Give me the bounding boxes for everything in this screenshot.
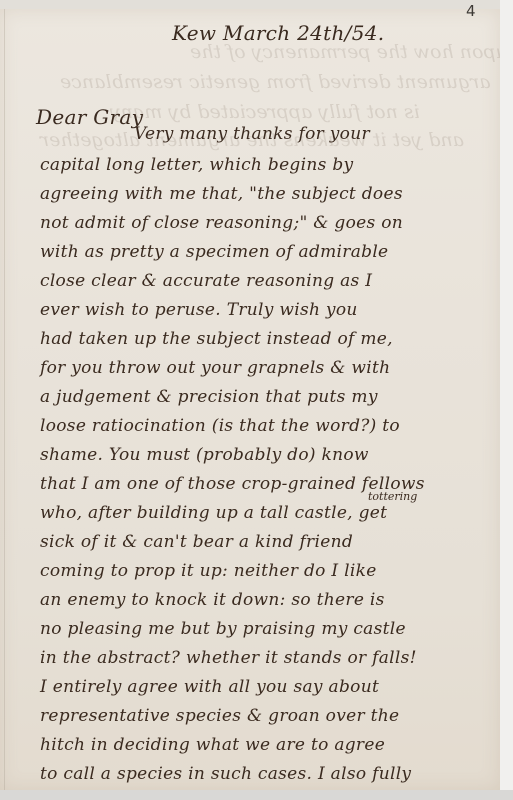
letter-dateline: Kew March 24th/54.	[172, 21, 384, 45]
letter-line-6: close clear & accurate reasoning as I	[40, 271, 372, 291]
letter-line-9: for you throw out your grapnels & with	[40, 358, 390, 378]
bleed-through-line: argument derived from genetic resemblanc…	[60, 71, 491, 93]
scan-margin-right	[500, 0, 513, 800]
letter-line-16: coming to prop it up: neither do I like	[40, 561, 377, 581]
manuscript-scan: upon how the permanency of the argument …	[0, 0, 513, 800]
letter-line-11: loose ratiocination (is that the word?) …	[40, 416, 400, 436]
letter-line-17: an enemy to knock it down: so there is	[40, 590, 385, 610]
letter-line-21: representative species & groan over the	[40, 706, 399, 726]
letter-line-8: had taken up the subject instead of me,	[40, 329, 393, 349]
folio-number: 4	[466, 2, 476, 20]
letter-line-22: hitch in deciding what we are to agree	[40, 735, 385, 755]
scan-margin-bottom	[0, 790, 513, 800]
letter-line-15: sick of it & can't bear a kind friend	[40, 532, 353, 552]
letter-line-12: shame. You must (probably do) know	[40, 445, 369, 465]
letter-line-23: to call a species in such cases. I also …	[40, 764, 411, 784]
letter-line-19: in the abstract? whether it stands or fa…	[40, 648, 417, 668]
letter-line-10: a judgement & precision that puts my	[40, 387, 378, 407]
letter-page: upon how the permanency of the argument …	[0, 9, 500, 790]
letter-line-7: ever wish to peruse. Truly wish you	[40, 300, 358, 320]
letter-line-4: not admit of close reasoning;" & goes on	[40, 213, 403, 233]
letter-line-2: capital long letter, which begins by	[40, 155, 353, 175]
letter-line-18: no pleasing me but by praising my castle	[40, 619, 406, 639]
bleed-through-line: is not fully appreciated by many	[110, 101, 420, 123]
letter-salutation: Dear Gray	[36, 105, 143, 129]
letter-line-20: I entirely agree with all you say about	[40, 677, 379, 697]
interlinear-insertion: tottering	[368, 490, 417, 503]
letter-line-1: Very many thanks for your	[134, 124, 370, 144]
letter-line-3: agreeing with me that, "the subject does	[40, 184, 403, 204]
letter-line-5: with as pretty a specimen of admirable	[40, 242, 388, 262]
letter-line-14: who, after building up a tall castle, ge…	[40, 503, 387, 523]
